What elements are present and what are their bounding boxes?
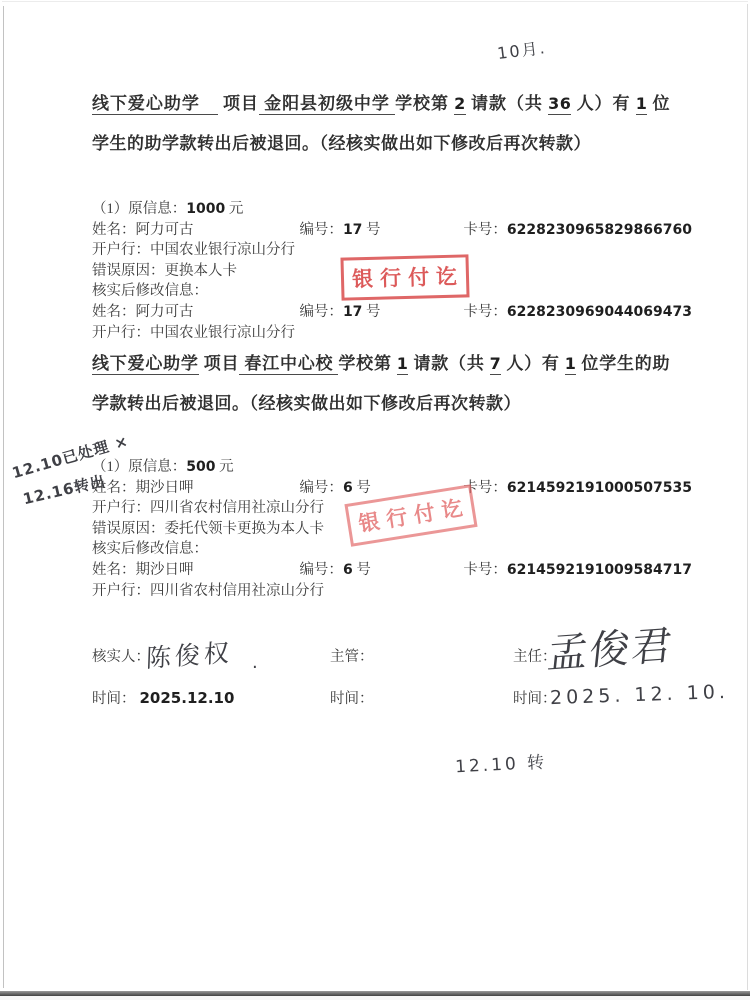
card-cell: 卡号：6214592191000507535 (463, 478, 692, 499)
returned-count: 1 (636, 94, 648, 115)
no-cell: 编号：17 号 (299, 302, 463, 323)
orig-student-row: 姓名：期沙日呷 编号：6 号 卡号：6214592191000507535 (92, 478, 692, 499)
bank-line: 开户行：四川省农村信用社凉山分行 (92, 581, 692, 602)
supervisor-label: 主管： (330, 645, 374, 666)
no-cell: 编号：17 号 (299, 220, 463, 241)
no-unit: 号 (356, 480, 371, 496)
scan-edge-top (2, 1, 748, 2)
bank-label: 开户行： (92, 242, 150, 258)
time-label: 时间： (92, 691, 136, 707)
name-value: 阿力可古 (136, 304, 194, 320)
name-cell: 姓名：阿力可古 (92, 302, 299, 323)
scanned-document-page: 10月. 线下爱心助学 项目 金阳县初级中学 学校第 2 请款（共 36 人）有… (0, 0, 750, 1000)
title-text: 人）有 (571, 94, 635, 113)
signature-dot: . (252, 652, 258, 673)
title-text: 项目 (218, 94, 259, 113)
orig-info-label: （1）原信息： (92, 201, 186, 217)
bank-label: 开户行： (92, 500, 150, 516)
card-value: 6228230965829866760 (507, 222, 692, 238)
title-text: 学校第 (338, 354, 396, 373)
orig-student-row: 姓名：阿力可古 编号：17 号 卡号：6228230965829866760 (92, 220, 692, 241)
total-people: 7 (490, 354, 502, 375)
error-label: 错误原因： (92, 263, 165, 279)
fixed-header-line: 核实后修改信息： (92, 539, 692, 560)
amount-value: 1000 (186, 201, 225, 217)
name-value: 期沙日呷 (136, 480, 194, 496)
amount-unit: 元 (229, 201, 244, 217)
card-value: 6214592191009584717 (507, 562, 692, 578)
error-value: 委托代领卡更换为本人卡 (165, 521, 325, 537)
no-value: 17 (343, 222, 362, 238)
director-signature: 孟俊君 (545, 613, 677, 679)
title-text: 项目 (199, 354, 240, 373)
bank-value: 中国农业银行凉山分行 (150, 325, 295, 341)
scan-edge-left (3, 6, 4, 988)
card-value: 6228230969044069473 (507, 304, 692, 320)
title-text: 请款（共 (408, 354, 489, 373)
bank-value: 中国农业银行凉山分行 (150, 242, 295, 258)
amount-value: 500 (186, 459, 215, 475)
name-label: 姓名： (92, 304, 136, 320)
time-value: 2025.12.10 (140, 689, 235, 707)
scan-edge-right (747, 4, 748, 990)
card-label: 卡号： (463, 304, 507, 320)
school-name: 金阳县初级中学 (259, 94, 395, 115)
name-cell: 姓名：期沙日呷 (92, 478, 299, 499)
name-cell: 姓名：期沙日呷 (92, 560, 299, 581)
no-value: 17 (343, 304, 362, 320)
no-value: 6 (343, 480, 353, 496)
no-label: 编号： (299, 562, 343, 578)
fixed-student-row: 姓名：阿力可古 编号：17 号 卡号：6228230969044069473 (92, 302, 692, 323)
no-label: 编号： (299, 480, 343, 496)
no-unit: 号 (366, 304, 381, 320)
verifier-time: 时间： 2025.12.10 (92, 687, 234, 708)
no-unit: 号 (356, 562, 371, 578)
verifier-signature: 陈俊权 (145, 633, 233, 675)
card-label: 卡号： (463, 562, 507, 578)
error-label: 错误原因： (92, 521, 165, 537)
error-value: 更换本人卡 (165, 263, 238, 279)
school-name: 春江中心校 (239, 354, 338, 375)
no-unit: 号 (366, 222, 381, 238)
verifier-label: 核实人： (92, 645, 150, 666)
card-cell: 卡号：6228230969044069473 (463, 302, 692, 323)
no-label: 编号： (299, 222, 343, 238)
name-cell: 姓名：阿力可古 (92, 220, 299, 241)
name-label: 姓名： (92, 222, 136, 238)
orig-info-line: （1）原信息：1000 元 (92, 199, 692, 220)
section1-title: 线下爱心助学 项目 金阳县初级中学 学校第 2 请款（共 36 人）有 1 位学… (92, 84, 670, 164)
director-time-handwritten: 2025. 12. 10. (550, 681, 730, 709)
bank-line: 开户行：中国农业银行凉山分行 (92, 323, 692, 344)
name-label: 姓名： (92, 480, 136, 496)
returned-count: 1 (565, 354, 577, 375)
no-cell: 编号：6 号 (299, 560, 463, 581)
bank-value: 四川省农村信用社凉山分行 (150, 583, 324, 599)
total-people: 36 (548, 94, 571, 115)
name-label: 姓名： (92, 562, 136, 578)
request-number: 2 (454, 94, 466, 115)
bank-paid-stamp: 银行付讫 (340, 254, 469, 300)
supervisor-time-label: 时间： (330, 687, 374, 708)
section2-title: 线下爱心助学 项目 春江中心校 学校第 1 请款（共 7 人）有 1 位学生的助… (92, 344, 670, 424)
title-text: 学校第 (395, 94, 454, 113)
orig-info-line: （1）原信息：500 元 (92, 457, 692, 478)
scan-edge-bottom-margin (0, 996, 750, 1000)
project-type: 线下爱心助学 (92, 94, 218, 115)
fixed-student-row: 姓名：期沙日呷 编号：6 号 卡号：6214592191009584717 (92, 560, 692, 581)
title-text: 人）有 (501, 354, 564, 373)
handwritten-bottom-note: 12.10 转 (454, 748, 547, 778)
name-value: 阿力可古 (136, 222, 194, 238)
bank-value: 四川省农村信用社凉山分行 (150, 500, 324, 516)
handwritten-month-note: 10月. (496, 35, 548, 64)
no-value: 6 (343, 562, 353, 578)
bank-label: 开户行： (92, 325, 150, 341)
name-value: 期沙日呷 (136, 562, 194, 578)
amount-unit: 元 (219, 459, 234, 475)
card-cell: 卡号：6214592191009584717 (463, 560, 692, 581)
card-value: 6214592191000507535 (507, 480, 692, 496)
bank-label: 开户行： (92, 583, 150, 599)
card-cell: 卡号：6228230965829866760 (463, 220, 692, 241)
card-label: 卡号： (463, 222, 507, 238)
request-number: 1 (397, 354, 409, 375)
title-text: 请款（共 (466, 94, 548, 113)
project-type: 线下爱心助学 (92, 354, 199, 375)
orig-info-label: （1）原信息： (92, 459, 186, 475)
no-label: 编号： (299, 304, 343, 320)
